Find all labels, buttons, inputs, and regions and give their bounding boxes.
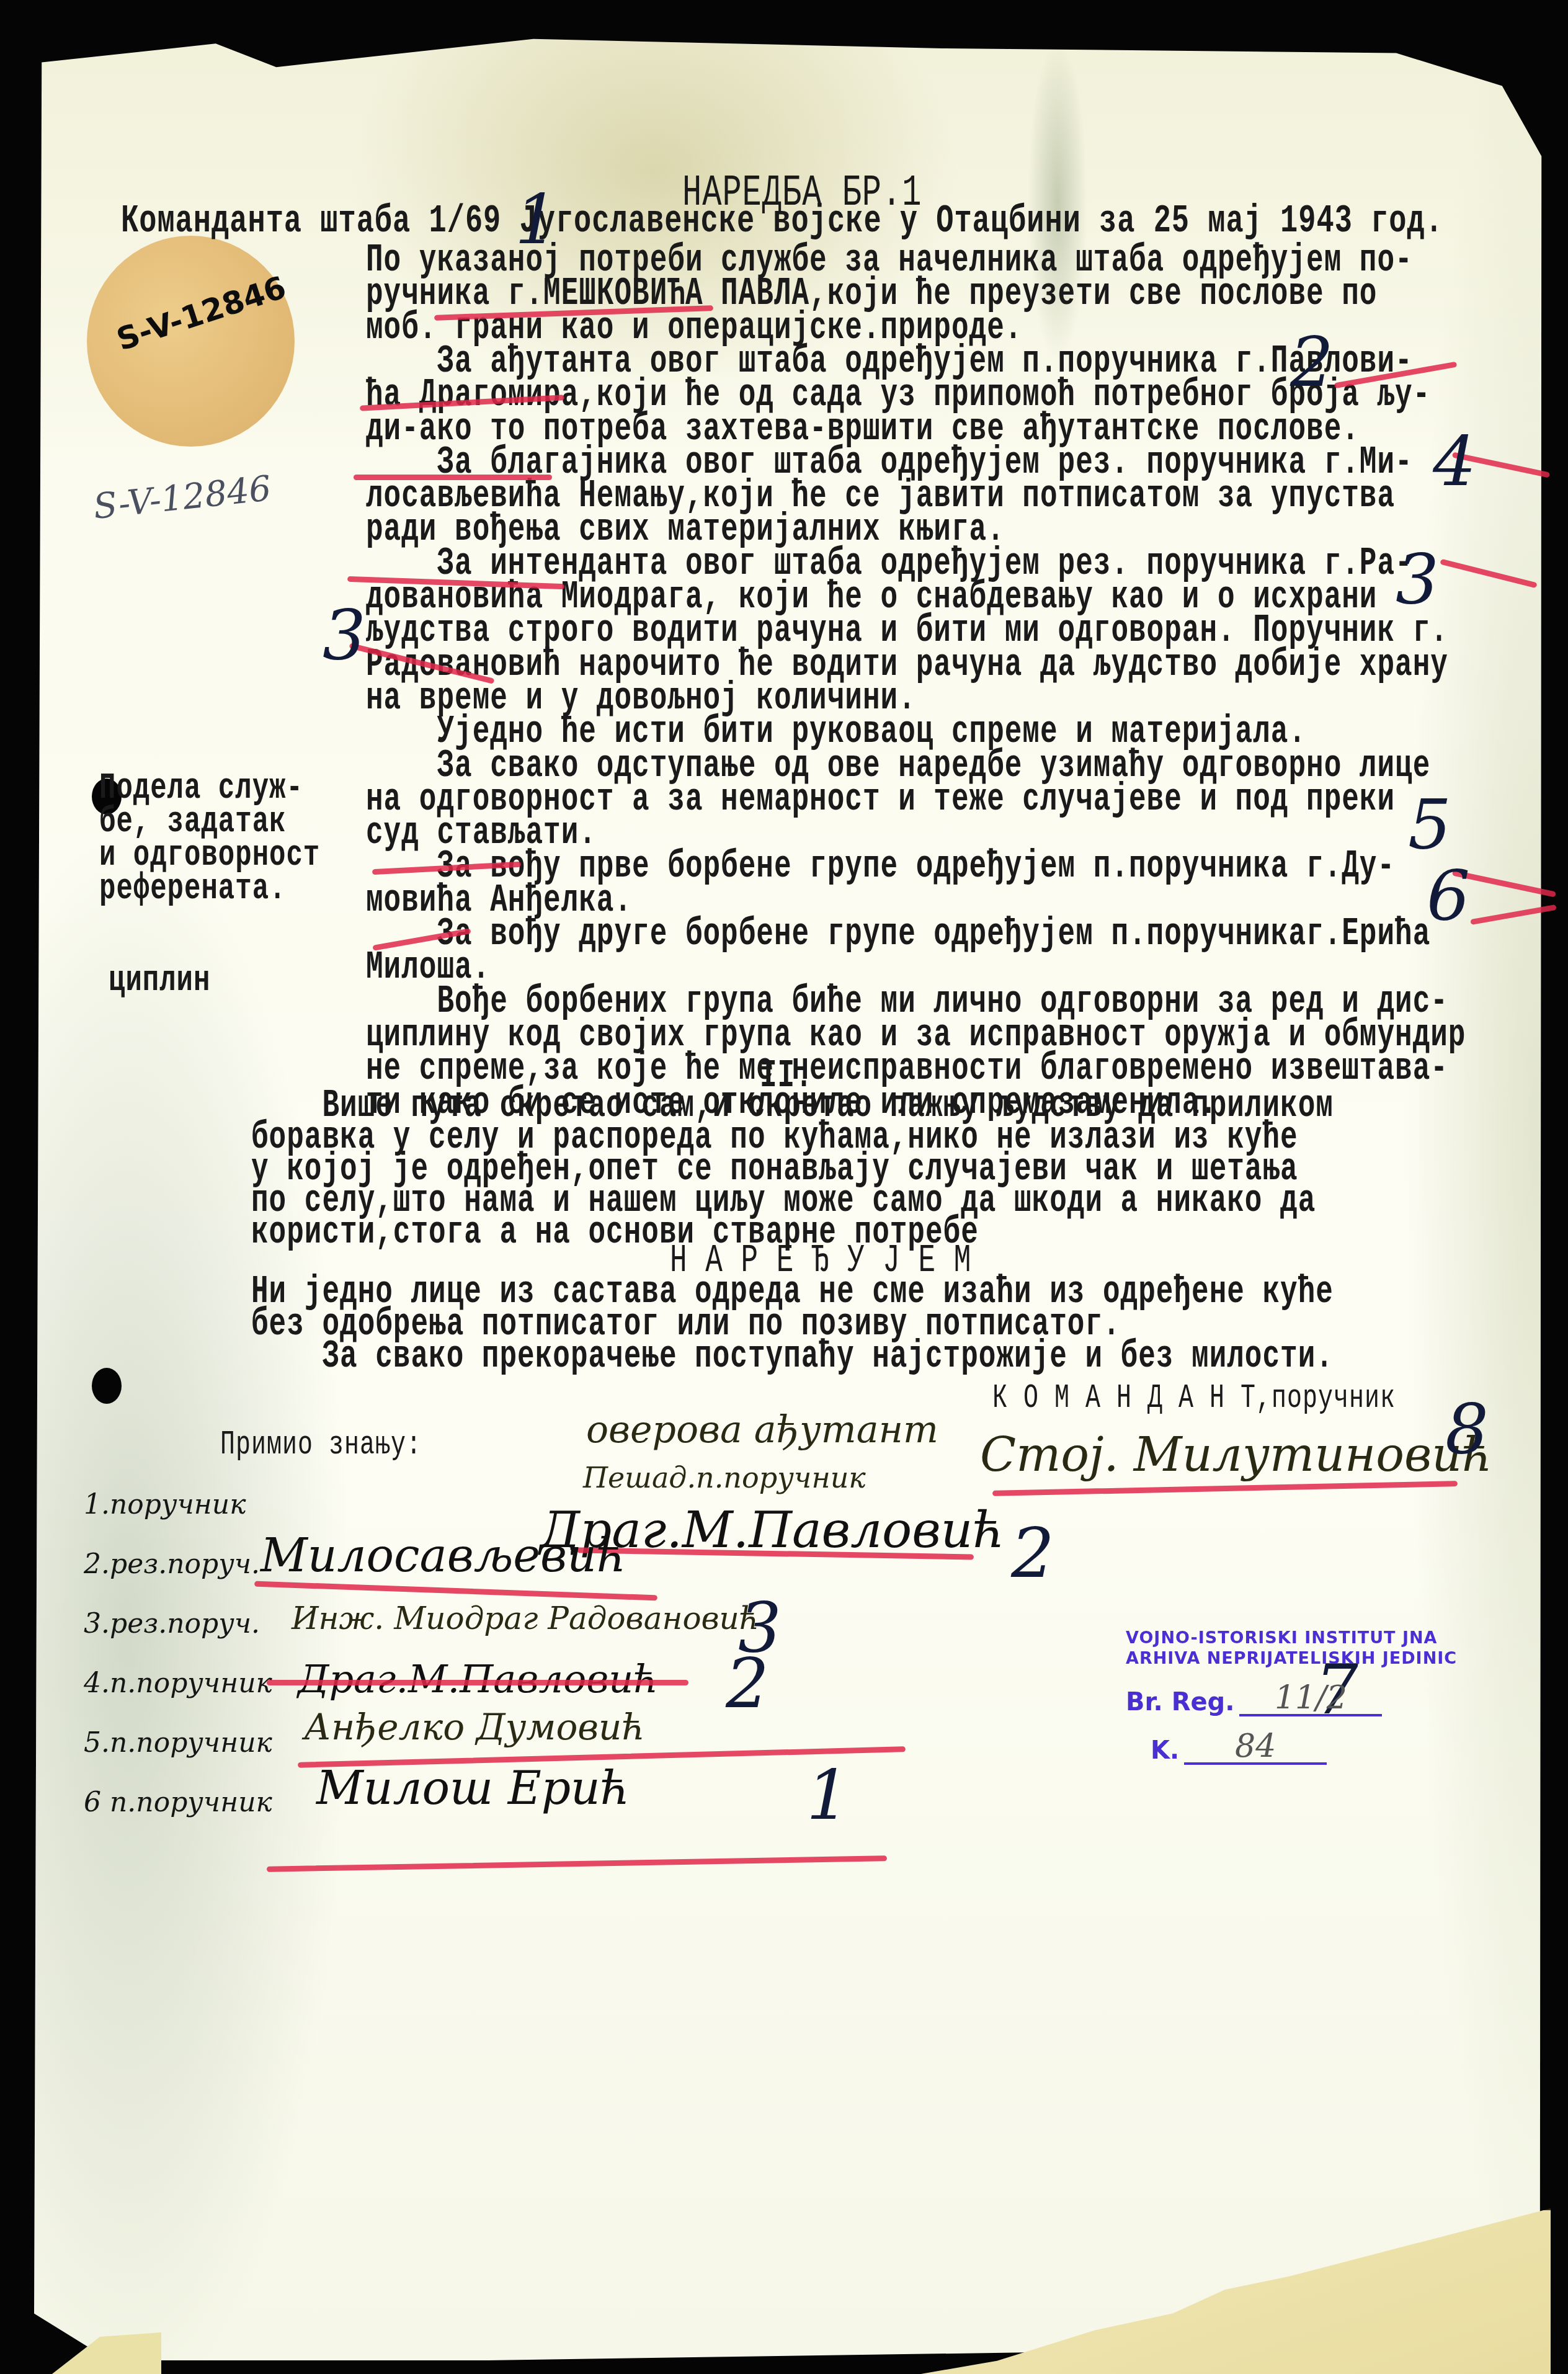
certification-line-1: оверова ађутант <box>586 1408 938 1452</box>
received-list-item: 3.рез.поруч. <box>84 1594 272 1654</box>
k-value: 84 <box>1184 1730 1327 1765</box>
received-signature: Милош Ерић <box>316 1762 630 1815</box>
archive-stamp: VOJNO-ISTORISKI INSTITUT JNA ARHIVA NEPR… <box>1126 1628 1457 1765</box>
handwritten-number: 3 <box>1396 540 1439 619</box>
margin-note-line: референата. <box>99 868 286 910</box>
handwritten-number: 4 <box>1433 422 1476 501</box>
handwritten-number: 3 <box>323 596 366 675</box>
document-subtitle: Команданта штаба 1/69 Југославенске војс… <box>121 200 1443 244</box>
red-underline <box>267 1680 688 1685</box>
received-list-item: 1.поручник <box>84 1475 272 1535</box>
received-list-item: 5.п.поручник <box>84 1713 272 1773</box>
received-list-item: 6 п.поручник <box>84 1773 272 1832</box>
red-underline <box>354 475 552 480</box>
handwritten-number: 1 <box>806 1756 850 1835</box>
received-signature: Милосављевић <box>261 1529 626 1582</box>
received-signature: Инж. Миодраг Радовановић <box>292 1600 759 1636</box>
handwritten-number: 6 <box>1427 856 1470 935</box>
body-line: За вођу друге борбене групе одређујем п.… <box>366 913 1430 956</box>
stamp-line-1: VOJNO-ISTORISKI INSTITUT JNA <box>1126 1628 1457 1648</box>
order-line: За свако прекорачење поступаћу најстрожи… <box>251 1335 1334 1378</box>
reg-value: 11/2 <box>1239 1682 1382 1716</box>
received-list: 1.поручник2.рез.поруч.3.рез.поруч.4.п.по… <box>84 1475 272 1832</box>
handwritten-number: 2 <box>726 1644 769 1723</box>
punch-hole <box>92 1368 122 1404</box>
handwritten-number: 8 <box>1445 1390 1489 1469</box>
received-list-item: 4.п.поручник <box>84 1654 272 1713</box>
reg-label: Br. Reg. <box>1126 1688 1234 1716</box>
commander-line: К О М А Н Д А Н Т,поручник <box>992 1380 1396 1418</box>
commander-signature: Стој. Милутиновић <box>980 1427 1492 1482</box>
handwritten-number: 5 <box>1408 785 1451 864</box>
margin-note-2: циплин <box>109 960 210 1002</box>
k-label: K. <box>1151 1736 1179 1765</box>
received-list-item: 2.рез.поруч. <box>84 1535 272 1594</box>
handwritten-number: 2 <box>1290 323 1334 402</box>
received-signature: Анђелко Думовић <box>304 1706 645 1748</box>
received-signature: Драг.М.Павловић <box>298 1656 658 1702</box>
handwritten-number: 1 <box>515 180 558 259</box>
stamp-line-2: ARHIVA NEPRIJATELISKIH JEDINIC <box>1126 1649 1457 1668</box>
handwritten-number: 2 <box>1011 1514 1054 1593</box>
certification-line-2: Пешад.п.поручник <box>583 1461 866 1494</box>
received-heading: Примио знању: <box>220 1427 422 1465</box>
torn-corner-bottom-left <box>50 2332 161 2374</box>
